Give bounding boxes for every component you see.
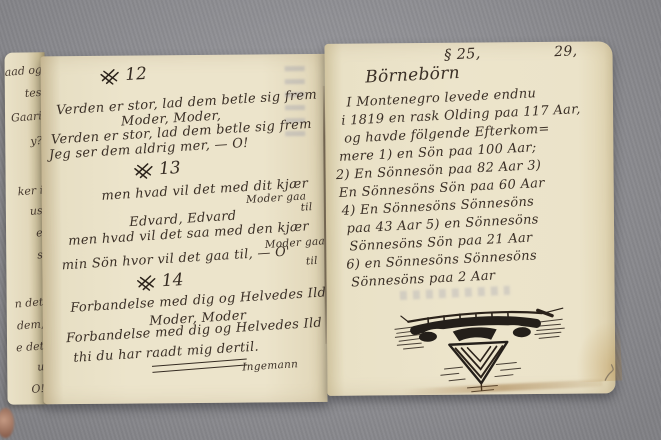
verse-13-heading: 13 [133,158,181,181]
open-notebook: aad og tes Gaari y? ker i us e s n det d… [4,41,615,404]
page-fragment-line: dem, [16,317,44,332]
verse-number: 14 [161,270,184,291]
right-page: § 25, 29, Börnebörn I Montenegro levede … [324,41,615,395]
pencil-mark [601,362,620,383]
chapter-title: Börnebörn [365,63,461,88]
signature: Ingemann [242,358,299,373]
double-rule [152,358,247,372]
section-mark: § 25, [444,46,481,64]
verse-number: 12 [125,64,148,85]
left-page: 12 Verden er stor, lad dem betle sig fre… [41,54,328,404]
page-fragment-line: tes [25,86,43,100]
page-fragment-line: ker i [17,183,43,198]
marginal-annotation: til [300,201,313,214]
verse-12-heading: 12 [100,64,148,87]
page-fragment-line: n det [15,295,44,310]
page-fragment-line: aad og [5,63,43,79]
ink-bleedthrough [400,286,510,300]
manuscript-photo: aad og tes Gaari y? ker i us e s n det d… [0,0,661,440]
marginal-annotation: til [306,255,319,268]
page-fragment-line: e det [16,339,45,354]
right-page-text: § 25, 29, Börnebörn I Montenegro levede … [326,35,625,400]
marginal-annotation: Moder gaa [246,190,307,206]
page-fragment-line: Gaari [11,109,43,124]
verse-line: min Sön hvor vil det gaa til, — O' [61,244,290,273]
text-line: Sönnesöns paa 2 Aar [351,268,496,290]
cover-edge-blob [0,408,14,438]
left-page-text: 12 Verden er stor, lad dem betle sig fre… [41,45,338,409]
numero-icon [134,161,154,179]
verse-14-heading: 14 [136,270,184,293]
page-number: 29, [554,43,578,60]
verse-number: 13 [158,158,181,179]
numero-icon [100,67,120,85]
numero-icon [136,273,156,291]
